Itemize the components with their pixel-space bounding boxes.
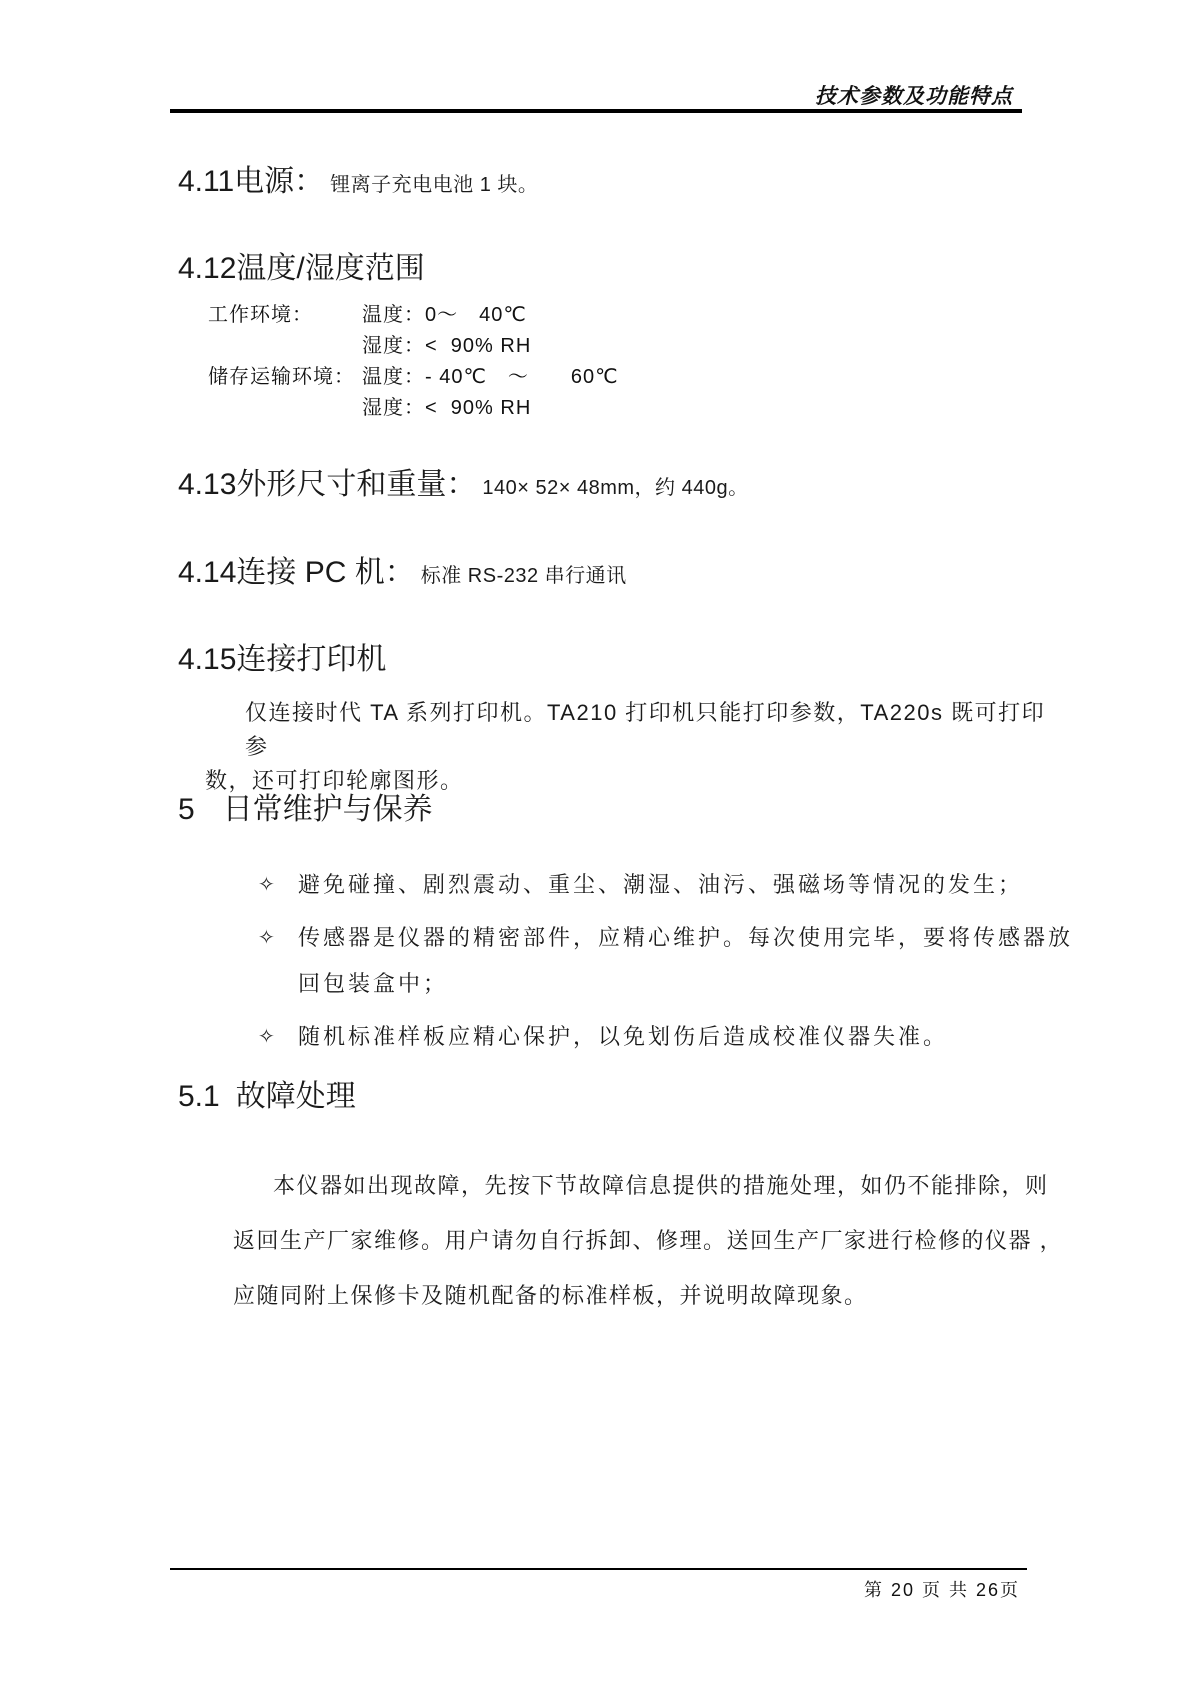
row-value: 温度：- 40℃ ～ 60℃ (362, 366, 619, 388)
section-heading-dimensions: 4.13外形尺寸和重量：140× 52× 48mm，约 440g。 (178, 459, 749, 503)
table-row: 湿度：< 90% RH (208, 331, 619, 362)
diamond-bullet-icon: ✧ (258, 862, 275, 908)
section-number: 5.1 (178, 1080, 220, 1113)
section-heading-pc-connection: 4.14连接 PC 机：标准 RS-232 串行通讯 (178, 547, 627, 591)
header-rule (170, 109, 1022, 113)
list-item: ✧传感器是仪器的精密部件，应精心维护。每次使用完毕，要将传感器放回包装盒中； (258, 915, 1078, 1007)
paragraph-line: 仅连接时代 TA 系列打印机。TA210 打印机只能打印参数，TA220s 既可… (205, 696, 1065, 764)
table-row: 工作环境：温度：0～ 40℃ (208, 300, 619, 331)
section-number: 4.11 (178, 165, 234, 198)
document-page: 技术参数及功能特点 4.11电源：锂离子充电电池 1 块。 4.12温度/湿度范… (0, 0, 1200, 1698)
section-title: 电源： (234, 165, 324, 198)
page-number: 第 20 页 共 26页 (864, 1576, 1020, 1602)
section-heading-troubleshooting: 5.1故障处理 (178, 1071, 356, 1115)
table-row: 湿度：< 90% RH (208, 393, 619, 424)
section-detail: 标准 RS-232 串行通讯 (421, 565, 627, 587)
section-number: 4.13 (178, 468, 236, 501)
maintenance-bullet-list: ✧避免碰撞、剧烈震动、重尘、潮湿、油污、强磁场等情况的发生； ✧传感器是仪器的精… (258, 862, 1080, 1067)
row-value: 温度：0～ 40℃ (362, 304, 527, 326)
section-number: 4.15 (178, 643, 236, 676)
paragraph-line: 应随同附上保修卡及随机配备的标准样板，并说明故障现象。 (233, 1268, 1073, 1323)
paragraph-line: 本仪器如出现故障，先按下节故障信息提供的措施处理，如仍不能排除，则 (233, 1158, 1073, 1213)
section-heading-temp-range: 4.12温度/湿度范围 (178, 243, 425, 287)
section-number: 4.14 (178, 556, 236, 589)
diamond-bullet-icon: ✧ (258, 1014, 275, 1060)
section-title: 连接打印机 (236, 643, 386, 676)
bullet-text: 随机标准样板应精心保护，以免划伤后造成校准仪器失准。 (298, 1024, 948, 1049)
section-title: 外形尺寸和重量： (236, 468, 476, 501)
troubleshooting-paragraph: 本仪器如出现故障，先按下节故障信息提供的措施处理，如仍不能排除，则 返回生产厂家… (233, 1158, 1073, 1323)
row-label: 储存运输环境： (208, 362, 362, 393)
paragraph-line: 返回生产厂家维修。用户请勿自行拆卸、修理。送回生产厂家进行检修的仪器 ， (233, 1213, 1073, 1268)
section-detail: 140× 52× 48mm，约 440g。 (482, 477, 748, 499)
temp-humidity-table: 工作环境：温度：0～ 40℃ 湿度：< 90% RH 储存运输环境：温度：- 4… (208, 300, 619, 424)
section-heading-power: 4.11电源：锂离子充电电池 1 块。 (178, 156, 538, 200)
bullet-text: 传感器是仪器的精密部件，应精心维护。每次使用完毕，要将传感器放回包装盒中； (298, 925, 1073, 996)
row-value: 湿度：< 90% RH (362, 335, 531, 357)
footer-rule (170, 1568, 1027, 1570)
row-label: 工作环境： (208, 300, 362, 331)
row-value: 湿度：< 90% RH (362, 397, 531, 419)
bullet-text: 避免碰撞、剧烈震动、重尘、潮湿、油污、强磁场等情况的发生； (298, 872, 1023, 897)
list-item: ✧避免碰撞、剧烈震动、重尘、潮湿、油污、强磁场等情况的发生； (258, 862, 1078, 908)
section-title: 温度/湿度范围 (236, 252, 424, 285)
section-number: 5 (178, 793, 195, 826)
page-header-title: 技术参数及功能特点 (815, 80, 1013, 110)
section-detail: 锂离子充电电池 1 块。 (330, 174, 538, 196)
table-row: 储存运输环境：温度：- 40℃ ～ 60℃ (208, 362, 619, 393)
section-title: 日常维护与保养 (223, 793, 433, 826)
printer-connection-paragraph: 仅连接时代 TA 系列打印机。TA210 打印机只能打印参数，TA220s 既可… (205, 696, 1065, 798)
list-item: ✧随机标准样板应精心保护，以免划伤后造成校准仪器失准。 (258, 1014, 1078, 1060)
section-heading-printer-connection: 4.15连接打印机 (178, 634, 386, 678)
section-number: 4.12 (178, 252, 236, 285)
section-heading-maintenance: 5日常维护与保养 (178, 784, 433, 828)
section-title: 连接 PC 机： (236, 556, 414, 589)
diamond-bullet-icon: ✧ (258, 915, 275, 961)
section-title: 故障处理 (236, 1080, 356, 1113)
